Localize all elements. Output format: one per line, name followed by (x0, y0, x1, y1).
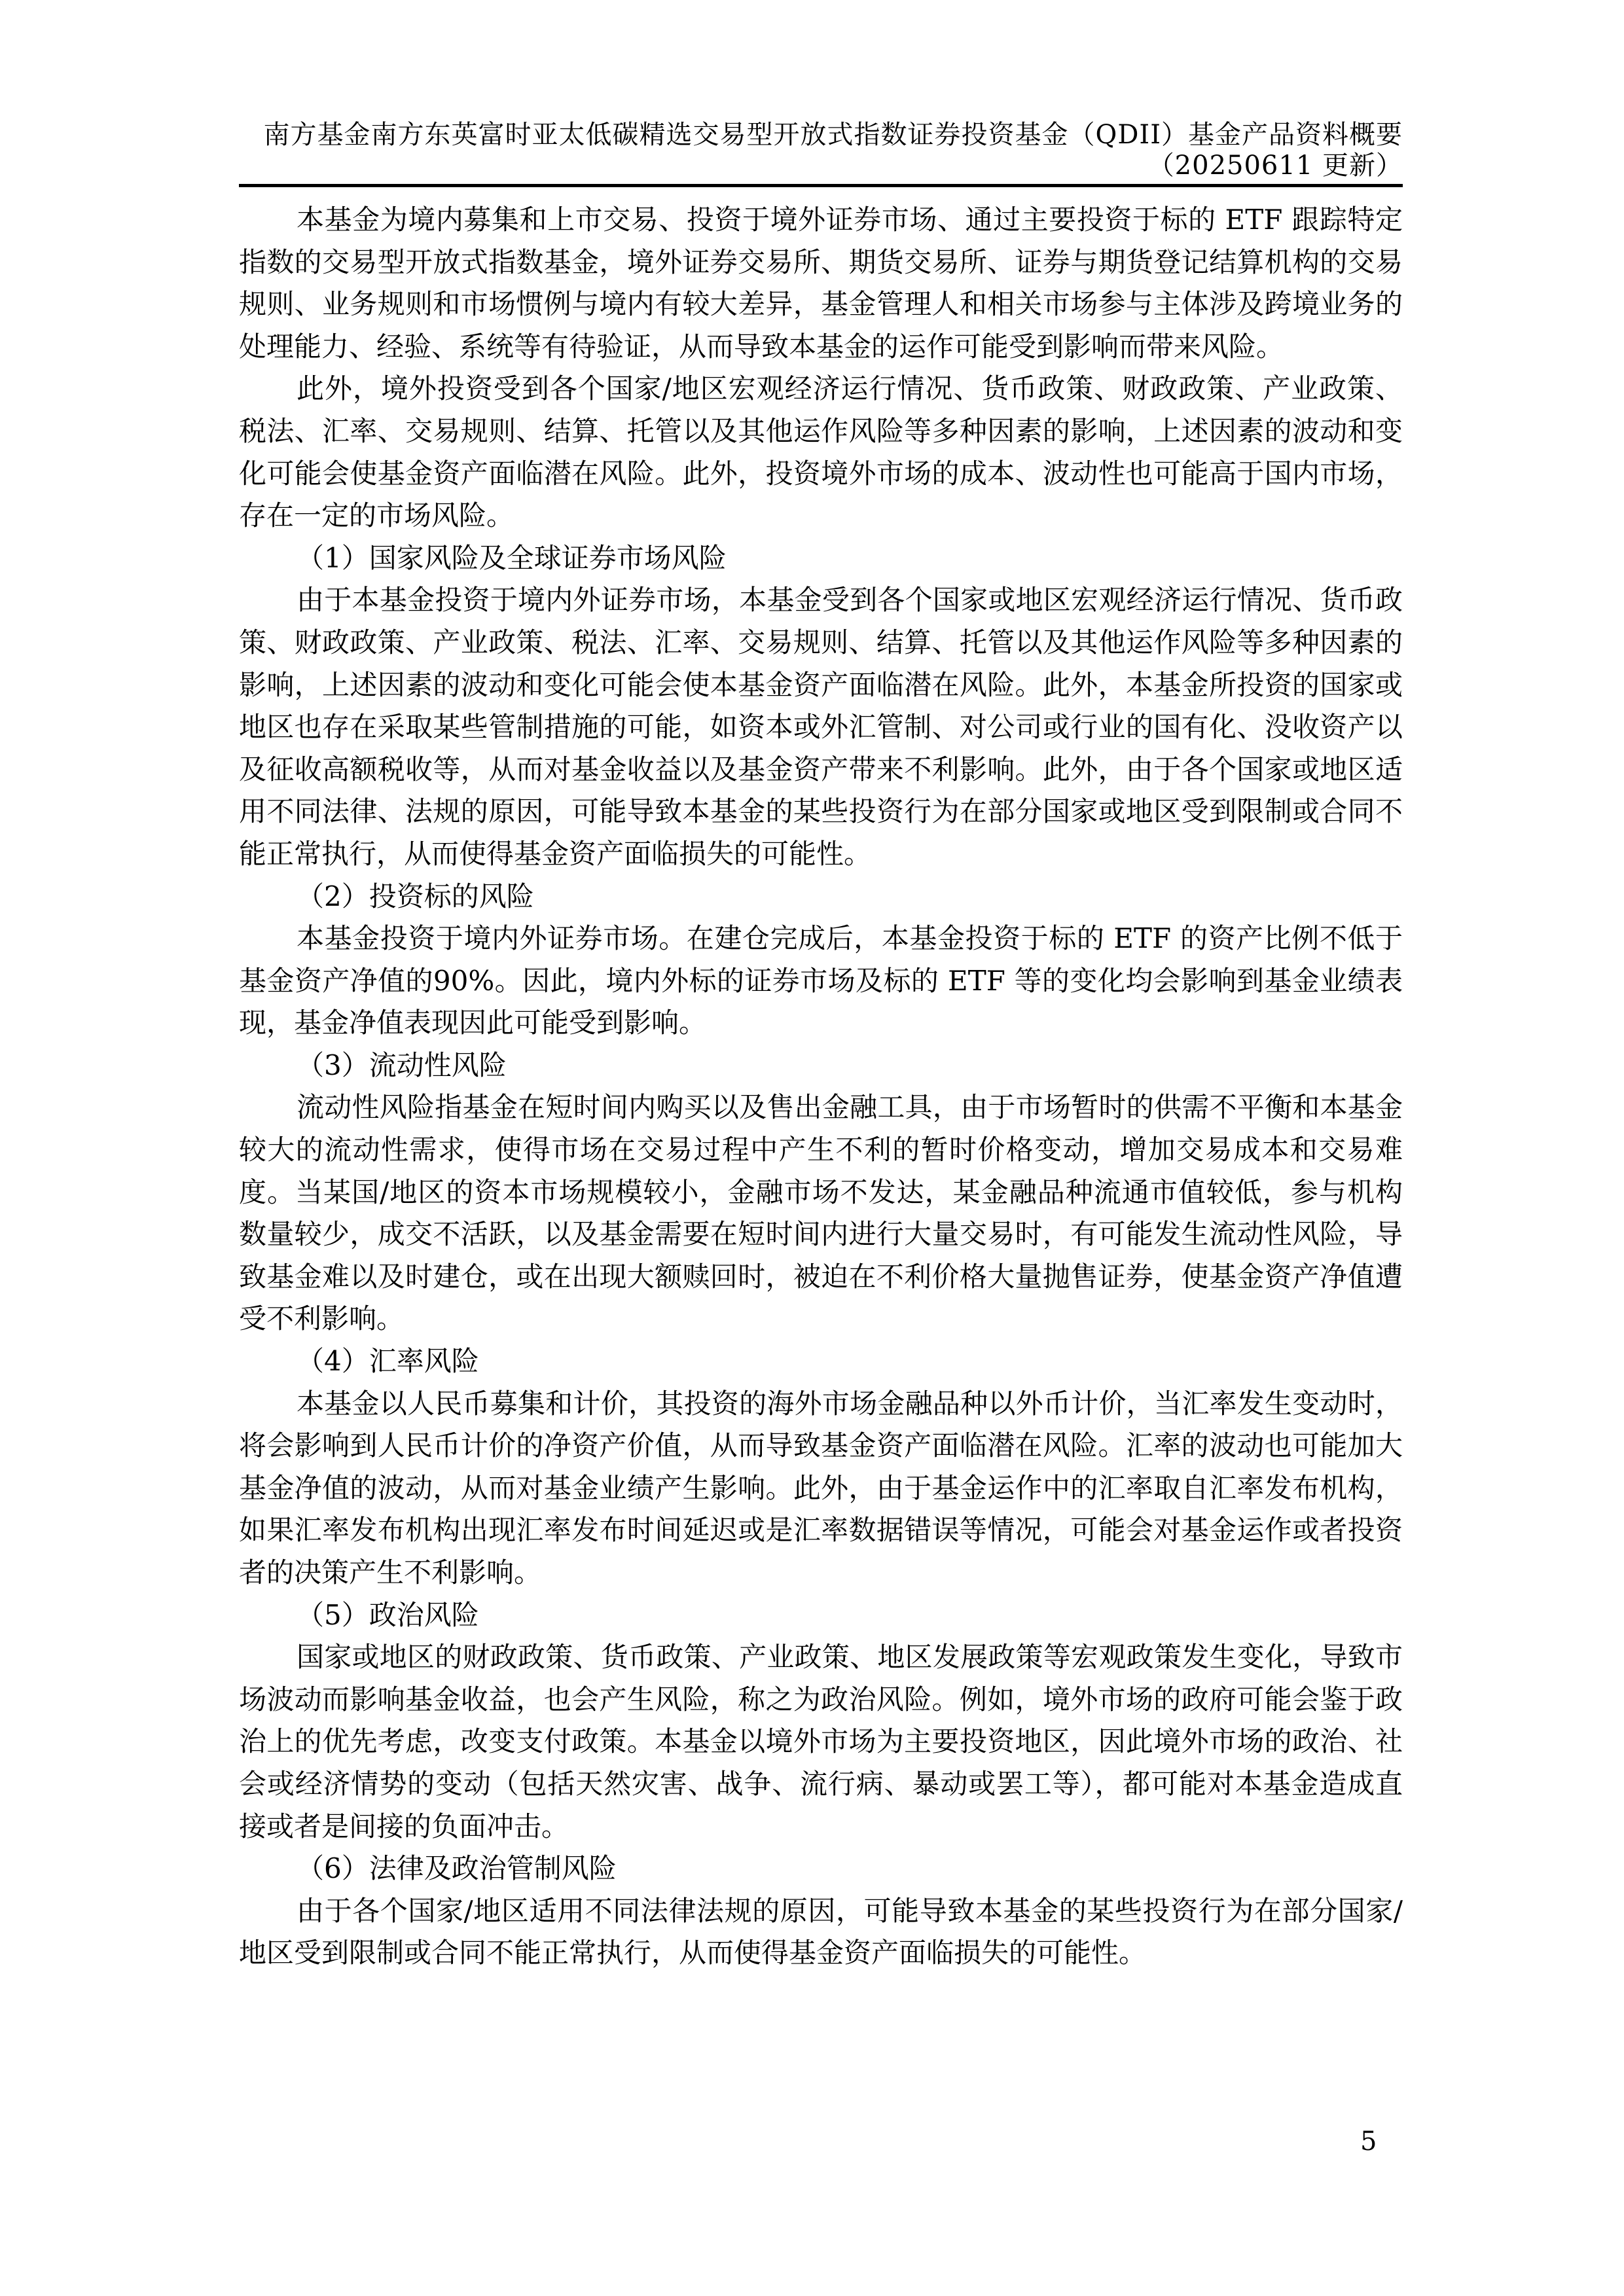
risk-3-heading: （3）流动性风险 (239, 1045, 1403, 1087)
page-number: 5 (1360, 2126, 1377, 2157)
document-page: 南方基金南方东英富时亚太低碳精选交易型开放式指数证券投资基金（QDII）基金产品… (0, 0, 1624, 2296)
risk-5-heading: （5）政治风险 (239, 1594, 1403, 1637)
document-header: 南方基金南方东英富时亚太低碳精选交易型开放式指数证券投资基金（QDII）基金产品… (239, 120, 1403, 181)
risk-2-paragraph: 本基金投资于境内外证券市场。在建仓完成后，本基金投资于标的 ETF 的资产比例不… (239, 918, 1403, 1045)
header-divider (239, 184, 1403, 187)
risk-4-heading: （4）汇率风险 (239, 1340, 1403, 1383)
risk-1-heading: （1）国家风险及全球证券市场风险 (239, 537, 1403, 580)
risk-5-paragraph: 国家或地区的财政政策、货币政策、产业政策、地区发展政策等宏观政策发生变化，导致市… (239, 1636, 1403, 1848)
risk-2-heading: （2）投资标的风险 (239, 876, 1403, 918)
document-title: 南方基金南方东英富时亚太低碳精选交易型开放式指数证券投资基金（QDII）基金产品… (239, 120, 1403, 151)
risk-3-paragraph: 流动性风险指基金在短时间内购买以及售出金融工具，由于市场暂时的供需不平衡和本基金… (239, 1086, 1403, 1340)
risk-4-paragraph: 本基金以人民币募集和计价，其投资的海外市场金融品种以外币计价，当汇率发生变动时，… (239, 1383, 1403, 1594)
document-update-date: （20250611 更新） (239, 151, 1403, 181)
risk-6-paragraph: 由于各个国家/地区适用不同法律法规的原因，可能导致本基金的某些投资行为在部分国家… (239, 1890, 1403, 1975)
risk-1-paragraph: 由于本基金投资于境内外证券市场，本基金受到各个国家或地区宏观经济运行情况、货币政… (239, 579, 1403, 875)
risk-6-heading: （6）法律及政治管制风险 (239, 1848, 1403, 1890)
intro-paragraph-1: 本基金为境内募集和上市交易、投资于境外证券市场、通过主要投资于标的 ETF 跟踪… (239, 199, 1403, 368)
risk-disclosure-content: 本基金为境内募集和上市交易、投资于境外证券市场、通过主要投资于标的 ETF 跟踪… (239, 199, 1403, 1975)
intro-paragraph-2: 此外，境外投资受到各个国家/地区宏观经济运行情况、货币政策、财政政策、产业政策、… (239, 368, 1403, 537)
